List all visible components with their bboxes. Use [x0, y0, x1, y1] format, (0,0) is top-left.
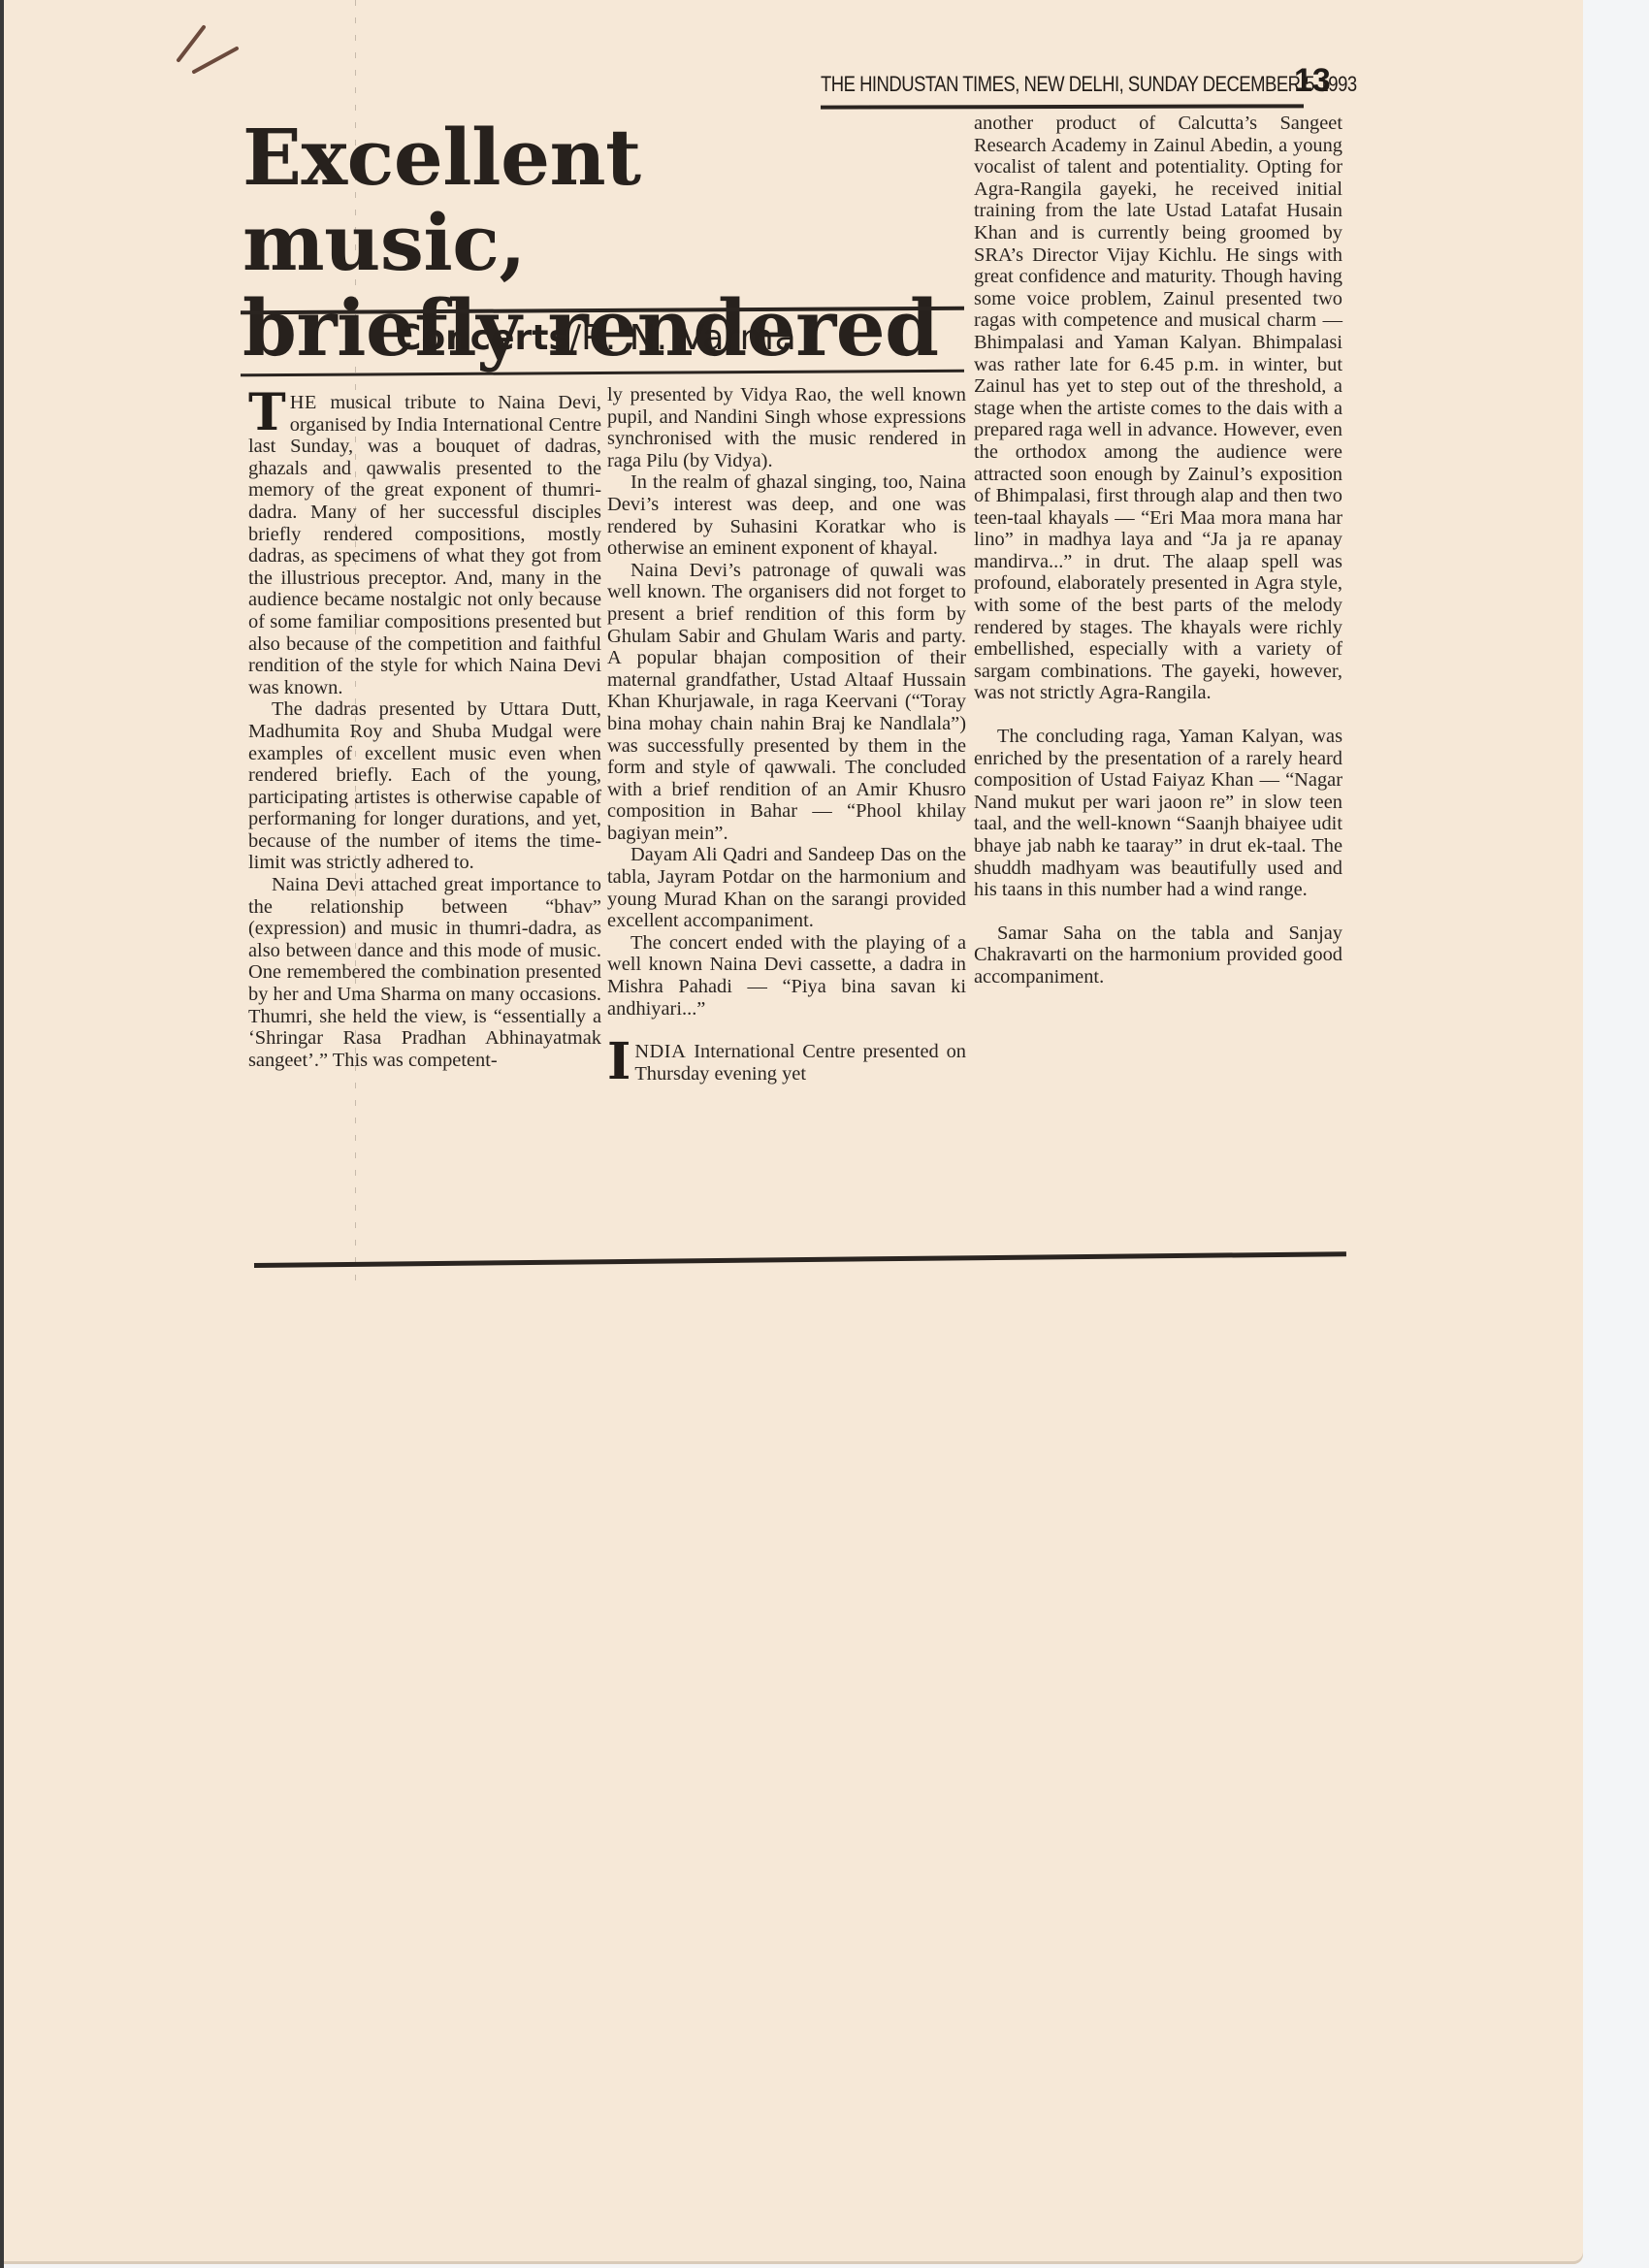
byline-kicker: Concerts	[396, 318, 569, 358]
article-bottom-rule	[254, 1251, 1346, 1268]
byline: Concerts/R. N. Varma	[396, 318, 797, 358]
dropcap: T	[248, 394, 286, 433]
lead-caps: NDIA	[634, 1041, 686, 1062]
masthead-publication-line: THE HINDUSTAN TIMES, NEW DELHI, SUNDAY D…	[821, 72, 1243, 97]
article-column-2: ly presented by Vidya Rao, the well know…	[607, 384, 966, 1085]
paragraph: Dayam Ali Qadri and Sandeep Das on the t…	[607, 844, 966, 931]
paragraph: INDIA International Centre presented on …	[607, 1041, 966, 1085]
article-column-3: another product of Calcutta’s Sangeet Re…	[974, 113, 1342, 988]
paragraph: In the realm of ghazal singing, too, Nai…	[607, 471, 966, 559]
paragraph-text: musical tribute to Naina Devi, organised…	[248, 392, 601, 698]
paragraph: another product of Calcutta’s Sangeet Re…	[974, 113, 1342, 704]
page-number: 13	[1294, 62, 1331, 100]
paragraph: Naina Devi attached great importance to …	[248, 874, 601, 1071]
newspaper-clipping: THE HINDUSTAN TIMES, NEW DELHI, SUNDAY D…	[0, 0, 1649, 1300]
paragraph: The dadras presented by Uttara Dutt, Mad…	[248, 698, 601, 874]
headline-line-1: Excellent music,	[242, 112, 641, 288]
article-column-1: THE musical tribute to Naina Devi, organ…	[248, 392, 601, 1071]
paragraph: The concert ended with the playing of a …	[607, 932, 966, 1020]
byline-separator: /	[569, 318, 581, 358]
lead-caps: HE	[290, 392, 317, 413]
masthead-rule	[821, 104, 1304, 109]
paragraph: THE musical tribute to Naina Devi, organ…	[248, 392, 601, 698]
byline-author: R. N. Varma	[581, 318, 797, 358]
paragraph: The concluding raga, Yaman Kalyan, was e…	[974, 726, 1342, 901]
dropcap: I	[607, 1043, 630, 1082]
paragraph: Naina Devi’s patronage of quwali was wel…	[607, 560, 966, 845]
paragraph: Samar Saha on the tabla and Sanjay Chakr…	[974, 923, 1342, 988]
paragraph: ly presented by Vidya Rao, the well know…	[607, 384, 966, 471]
